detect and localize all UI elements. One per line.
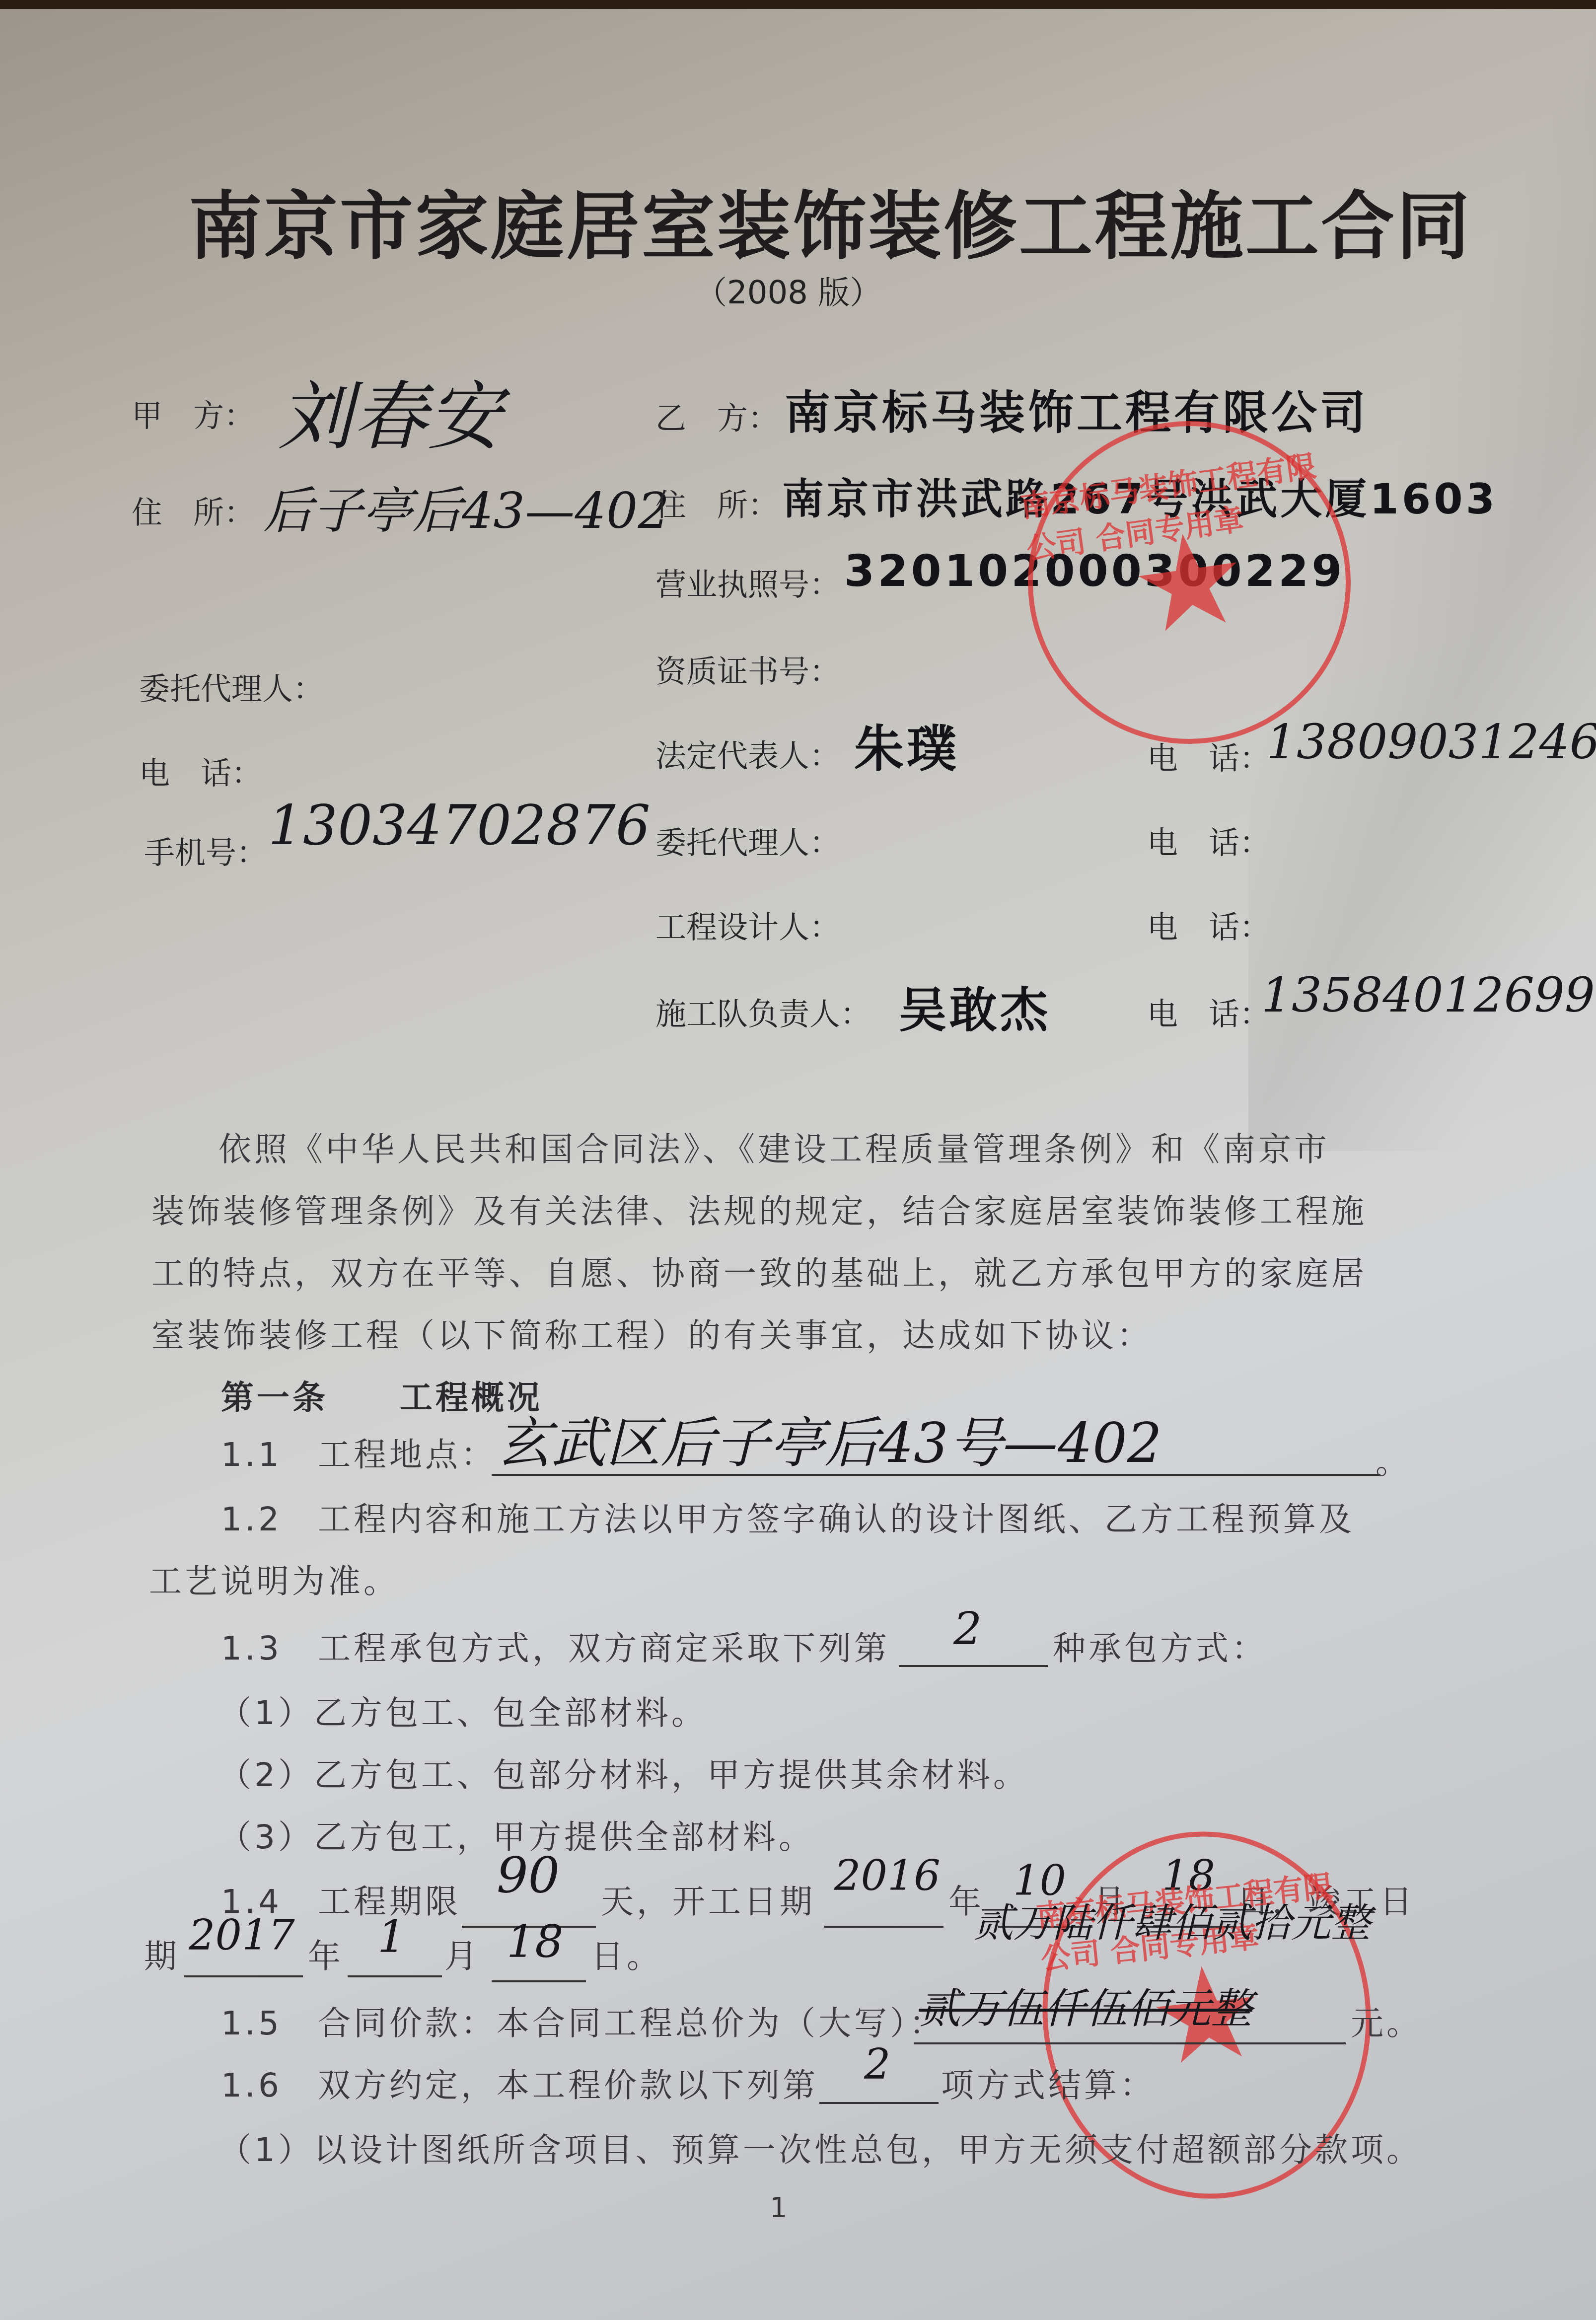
end-year: 2017 — [189, 1911, 295, 1959]
party-b-team-leader-label: 施工队负责人： — [655, 990, 871, 1034]
party-b-designer-label: 工程设计人： — [655, 903, 840, 947]
party-a-label: 甲 方： — [132, 391, 255, 435]
duration-days: 90 — [497, 1846, 560, 1904]
contract-page: 南京市家庭居室装饰装修工程施工合同 （2008 版） 甲 方： 刘春安 住 所：… — [0, 9, 1596, 2320]
location-underline — [492, 1474, 1380, 1476]
clause-1-1-label: 1.1 工程地点： — [221, 1424, 497, 1486]
party-b-legal-rep: 朱璞 — [854, 709, 959, 781]
contract-mode-choice: 2 — [953, 1603, 982, 1655]
option-1: （1）乙方包工、包全部材料。 — [218, 1682, 707, 1744]
party-b-name: 南京标马装饰工程有限公司 — [785, 376, 1369, 442]
end-month: 1 — [377, 1911, 406, 1963]
end-day: 18 — [507, 1916, 564, 1968]
agent-phone-label: 电 话： — [1147, 818, 1270, 863]
start-year-underline — [824, 1926, 943, 1928]
clause-1-6-suffix: 项方式结算： — [941, 2055, 1156, 2116]
designer-phone-label: 电 话： — [1147, 903, 1270, 947]
party-b-license-label: 营业执照号： — [655, 560, 840, 604]
party-a-mobile: 13034702876 — [268, 794, 651, 857]
party-a-signature: 刘春安 — [278, 357, 502, 464]
end-day-underline — [492, 1980, 586, 1982]
team-leader-phone-label: 电 话： — [1147, 990, 1270, 1034]
party-b-team-leader: 吴敢杰 — [899, 972, 1051, 1040]
party-a-mobile-label: 手机号： — [144, 828, 267, 872]
party-b-legal-rep-label: 法定代表人： — [655, 731, 840, 776]
party-a-agent-label: 委托代理人： — [139, 664, 324, 709]
clause-1-6-text: 1.6 双方约定，本工程价款以下列第 — [221, 2055, 818, 2116]
end-month-underline — [348, 1975, 442, 1977]
option-2: （2）乙方包工、包部分材料，甲方提供其余材料。 — [218, 1744, 1029, 1806]
preamble-line-2: 装饰装修管理条例》及有关法律、法规的规定，结合家庭居室装饰装修工程施 — [151, 1181, 1367, 1242]
price-correction: 贰万陆仟肆佰贰拾元整 — [973, 1891, 1371, 1948]
project-location: 玄武区后子亭后43号—402 — [497, 1399, 1162, 1478]
preamble-line-1: 依照《中华人民共和国合同法》、《建设工程质量管理条例》和《南京市 — [218, 1119, 1330, 1180]
clause-1-4-mid: 天，开工日期 — [601, 1871, 815, 1933]
clause-1-1-end: 。 — [1376, 1432, 1411, 1493]
end-year-label: 年 — [308, 1926, 344, 1987]
clause-1-2-line-1: 1.2 工程内容和施工方法以甲方签字确认的设计图纸、乙方工程预算及 — [221, 1489, 1355, 1550]
price-struck-out: 贰万伍仟伍佰元整 — [919, 1975, 1252, 2035]
end-year-underline — [184, 1975, 303, 1977]
price-underline — [914, 2042, 1346, 2044]
party-a-address: 后子亭后43—402 — [263, 471, 669, 542]
legal-rep-phone: 13809031246 — [1266, 714, 1596, 770]
clause-1-2-line-2: 工艺说明为准。 — [149, 1551, 399, 1612]
end-date-prefix: 期 — [144, 1926, 180, 1987]
settlement-choice: 2 — [864, 2040, 890, 2089]
clause-1-5-text: 1.5 合同价款：本合同工程总价为（大写）： — [221, 1993, 945, 2054]
settlement-option-1: （1）以设计图纸所含项目、预算一次性总包，甲方无须支付超额部分款项。 — [218, 2119, 1422, 2181]
article-1-heading: 第一条 工程概况 — [221, 1367, 543, 1429]
clause-1-5-suffix: 元。 — [1351, 1993, 1422, 2054]
clause-1-3-text: 1.3 工程承包方式，双方商定采取下列第 — [221, 1618, 890, 1679]
party-b-label: 乙 方： — [655, 394, 779, 438]
settlement-underline — [819, 2102, 939, 2104]
team-leader-phone: 13584012699 — [1261, 967, 1595, 1023]
document-edition: （2008 版） — [695, 267, 881, 313]
party-a-address-label: 住 所： — [132, 488, 255, 532]
document-title: 南京市家庭居室装饰装修工程施工合同 — [189, 168, 1472, 273]
party-b-address-label: 住 所： — [655, 481, 779, 525]
preamble-line-3: 工的特点，双方在平等、自愿、协商一致的基础上，就乙方承包甲方的家庭居 — [151, 1243, 1367, 1305]
preamble-line-4: 室装饰装修工程（以下简称工程）的有关事宜，达成如下协议： — [151, 1305, 1153, 1367]
mode-underline — [899, 1665, 1048, 1667]
page-number: 1 — [770, 2191, 788, 2224]
end-day-label: 日。 — [591, 1926, 662, 1987]
party-a-phone-label: 电 话： — [139, 749, 262, 793]
party-b-agent-label: 委托代理人： — [655, 818, 840, 863]
end-month-label: 月 — [444, 1926, 480, 1987]
clause-1-3-suffix: 种承包方式： — [1053, 1618, 1267, 1679]
start-year: 2016 — [834, 1851, 941, 1900]
party-b-qualification-label: 资质证书号： — [655, 647, 840, 691]
